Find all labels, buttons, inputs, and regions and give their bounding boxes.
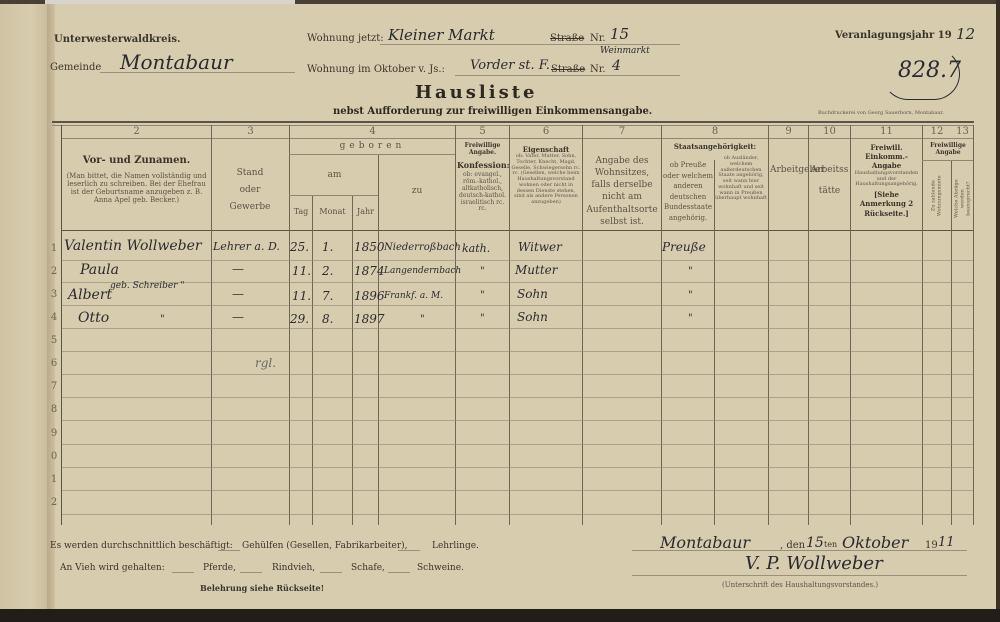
row2-staat: " (688, 266, 693, 277)
freiwillig-divider (922, 160, 973, 161)
row4-konfession: " (480, 313, 485, 324)
wohnung-jetzt-underline (380, 44, 680, 45)
header-einkommen-ref: [Siehe Anmerkung 2 Rückseite.] (852, 190, 921, 218)
header-am: am (290, 170, 379, 180)
header-name-note: (Man bittet, die Namen vollständig und l… (64, 172, 209, 204)
wohnung-oktober-insert: Weinmarkt (600, 46, 650, 56)
wohnung-oktober-label: Wohnung im Oktober v. Js.: (307, 64, 445, 75)
row2-jahr: 1874 (354, 264, 385, 278)
lehrlinge-blank (398, 550, 420, 551)
row-line-10 (62, 467, 973, 468)
header-stand: Stand oder Gewerbe (225, 165, 275, 216)
colnum-9: 9 (769, 126, 808, 137)
colnum-divider (62, 138, 974, 139)
wohnung-jetzt-nr: 15 (610, 25, 629, 43)
gemeinde-label: Gemeinde (50, 62, 101, 73)
header-konfession-note: ob: evangel., röm.-kathol., altkatholisc… (457, 172, 508, 213)
colnum-4: 4 (290, 126, 455, 137)
footer-rindvieh: Rindvieh, (272, 563, 315, 573)
footer-ten: ten (824, 540, 837, 549)
row4-staat: " (688, 313, 693, 324)
colnum-12: 12 (923, 126, 951, 137)
signature-line (632, 575, 967, 576)
header-wohnsitz: Angabe des Wohnsitzes, falls derselbe ni… (585, 155, 659, 228)
colnum-8: 8 (662, 126, 768, 137)
row-number: 2 (50, 266, 58, 277)
row2-name: Paula (80, 262, 119, 278)
row1-monat: 1. (322, 240, 333, 254)
col-border-2-3 (211, 125, 212, 525)
row-number: 0 (50, 451, 58, 462)
col-border-right (973, 125, 974, 525)
footer-belehrung: Belehrung siehe Rückseite! (200, 583, 324, 593)
nr-label-2: Nr. (590, 64, 606, 75)
row4-ort: " (420, 314, 425, 325)
book-bottom-edge (0, 609, 1000, 622)
header-einkommen-note: bei Haushaltungsvorstanden und der Haush… (852, 165, 921, 188)
colnum-2: 2 (62, 126, 211, 137)
header-geboren: geboren (290, 141, 455, 151)
gehuelfen-blank (218, 550, 240, 551)
rindvieh-blank (240, 572, 262, 573)
header-konfession-top: Freiwillige Angabe. (457, 143, 508, 157)
col-border-am-zu (378, 154, 379, 525)
row-number: 4 (50, 312, 58, 323)
pencil-annotation: rgl. (255, 356, 276, 370)
row-number: 1 (50, 474, 58, 485)
header-arbeitgeber: Arbeitgeber (770, 160, 807, 181)
am-divider (289, 195, 378, 196)
wohnung-jetzt-value: Kleiner Markt (388, 26, 495, 44)
row-line-6 (62, 374, 973, 375)
row1-konfession: kath. (462, 242, 490, 255)
row3-name: Albert (68, 287, 112, 303)
wohnung-oktober-nr: 4 (612, 58, 621, 74)
colnum-7: 7 (583, 126, 661, 137)
row-line-5 (62, 351, 973, 352)
colnum-10: 10 (809, 126, 850, 137)
table-top-border (52, 121, 974, 123)
row-line-9 (62, 444, 973, 445)
row4-jahr: 1897 (354, 312, 385, 326)
colnum-6: 6 (510, 126, 582, 137)
kreis-label: Unterwesterwaldkreis. (54, 34, 180, 45)
row1-stand: Lehrer a. D. (213, 240, 280, 253)
pferde-blank (172, 572, 194, 573)
col-border-7-8 (661, 125, 662, 525)
veranlagungsjahr-label: Veranlagungsjahr 19 (835, 30, 952, 41)
row2-tag: 11. (292, 264, 311, 278)
row3-staat: " (688, 290, 693, 301)
footer-signature: V. P. Wollweber (745, 553, 883, 574)
footer-livestock-label: An Vieh wird gehalten: (60, 563, 165, 573)
gemeinde-value: Montabaur (120, 50, 233, 74)
row-number: 7 (50, 381, 58, 392)
book-gutter (47, 4, 55, 609)
schafe-blank (320, 572, 342, 573)
header-monat: Monat (313, 207, 352, 216)
row4-name-note: " (160, 314, 165, 325)
row3-jahr: 1896 (354, 289, 385, 303)
col-border-tag-monat (312, 195, 313, 525)
colnum-13: 13 (952, 126, 973, 137)
footer-place: Montabaur (660, 533, 750, 552)
header-jahr: Jahr (353, 207, 378, 216)
header-staat-b: ob Ausländer, welchem außerdeutschen Sta… (715, 156, 767, 202)
header-name-title: Vor- und Zunamen. (62, 155, 211, 166)
footer-schweine: Schweine. (417, 563, 464, 573)
col-border-4-5 (455, 125, 456, 525)
row-line-11 (62, 490, 973, 491)
footer-year-prefix: 19 (925, 540, 938, 551)
wohnung-oktober-value: Vorder st. F. (470, 58, 550, 73)
printer-imprint: Buchdruckerei von Georg Sauerborn, Monta… (818, 110, 944, 116)
col-border-6-7 (582, 125, 583, 525)
colnum-11: 11 (851, 126, 922, 137)
row-number: 3 (50, 289, 58, 300)
footer-schafe: Schafe, (351, 563, 385, 573)
row3-stand: — (232, 287, 244, 301)
row3-monat: 7. (322, 289, 333, 303)
row1-ort: Niederroßbach (384, 242, 461, 253)
row-line-4 (62, 328, 973, 329)
row3-ort: Frankf. a. M. (384, 291, 443, 301)
footer-den: , den (780, 540, 805, 551)
nr-label: Nr. (590, 33, 606, 44)
row2-ort: Langendernbach (384, 266, 461, 276)
row-number: 8 (50, 404, 58, 415)
header-konfession-title: Konfession: (457, 160, 508, 170)
col-border-5-6 (509, 125, 510, 525)
row-number: 6 (50, 358, 58, 369)
row4-eigenschaft: Sohn (517, 310, 548, 324)
header-zu: zu (379, 186, 455, 196)
row2-stand: — (232, 262, 244, 276)
schweine-blank (388, 572, 410, 573)
register-number-bracket (882, 48, 960, 100)
col-border-8a-8b (714, 160, 715, 525)
row-line-2 (62, 282, 973, 283)
row4-stand: — (232, 310, 244, 324)
row-line-12 (62, 514, 973, 515)
row2-konfession: " (480, 266, 485, 277)
col-border-12-13 (951, 160, 952, 525)
row4-monat: 8. (322, 312, 333, 326)
header-freiwillig-title: Freiwillige Angabe (923, 142, 973, 156)
row-number: 2 (50, 497, 58, 508)
row1-name: Valentin Wollweber (64, 238, 202, 254)
veranlagungsjahr-value: 12 (956, 25, 975, 43)
book-right-edge (996, 0, 1000, 622)
header-col13: Welche Abzüge werden beansprucht? (954, 174, 971, 224)
left-page (0, 4, 52, 609)
col-border-10-11 (850, 125, 851, 525)
row-line-8 (62, 420, 973, 421)
strasse-label-2: Straße (551, 64, 585, 75)
row-line-7 (62, 397, 973, 398)
form-title: Hausliste (415, 82, 537, 103)
row4-tag: 29. (290, 312, 309, 326)
footer-signature-label: (Unterschrift des Haushaltungsvorstandes… (722, 581, 878, 589)
row2-eigenschaft: Mutter (515, 263, 558, 277)
row1-tag: 25. (290, 240, 309, 254)
col-border-monat-jahr (352, 195, 353, 525)
header-staat-a: ob Preuße oder welchem anderen deutschen… (663, 160, 713, 223)
row3-eigenschaft: Sohn (517, 287, 548, 301)
col-border-left (61, 125, 62, 525)
row3-name-note: geb. Schreiber " (110, 281, 184, 291)
strasse-label: Straße (550, 33, 584, 44)
header-col12: Zu zahlende Wohnungsmiete (931, 171, 943, 221)
row1-staat: Preuße (662, 240, 706, 254)
row1-eigenschaft: Witwer (518, 240, 562, 254)
row-line-3 (62, 305, 973, 306)
row-number: 1 (50, 243, 58, 254)
footer-employees-label: Es werden durchschnittlich beschäftigt: (50, 541, 233, 551)
header-bottom-border (62, 230, 974, 231)
header-arbeitsstaette: Arbeitsstätte (810, 160, 849, 201)
header-eigenschaft-note: ob: Vater, Mutter, Sohn, Tochter, Knecht… (511, 154, 581, 206)
col-border-9-10 (808, 125, 809, 525)
footer-month: Oktober (842, 533, 908, 552)
header-staat-title: Staatsangehörigkeit: (662, 142, 768, 151)
row-line-1 (62, 260, 973, 261)
footer-day: 15 (806, 535, 824, 551)
row-number: 5 (50, 335, 58, 346)
col-border-8-9 (768, 125, 769, 525)
row3-tag: 11. (292, 289, 311, 303)
form-subtitle: nebst Aufforderung zur freiwilligen Eink… (333, 106, 652, 117)
row4-name: Otto (78, 310, 109, 326)
geboren-divider (289, 154, 455, 155)
wohnung-oktober-underline (455, 75, 680, 76)
row2-monat: 2. (322, 264, 333, 278)
footer-year: 11 (938, 535, 955, 550)
wohnung-jetzt-label: Wohnung jetzt: (307, 33, 384, 44)
row1-jahr: 1850 (354, 240, 385, 254)
footer-gehuelfen: Gehülfen (Gesellen, Fabrikarbeiter), (242, 541, 408, 551)
footer-pferde: Pferde, (203, 563, 236, 573)
col-border-11-12 (922, 125, 923, 525)
header-tag: Tag (290, 207, 312, 216)
colnum-5: 5 (456, 126, 509, 137)
row-number: 9 (50, 428, 58, 439)
footer-lehrlinge: Lehrlinge. (432, 541, 479, 551)
colnum-3: 3 (212, 126, 289, 137)
row3-konfession: " (480, 290, 485, 301)
